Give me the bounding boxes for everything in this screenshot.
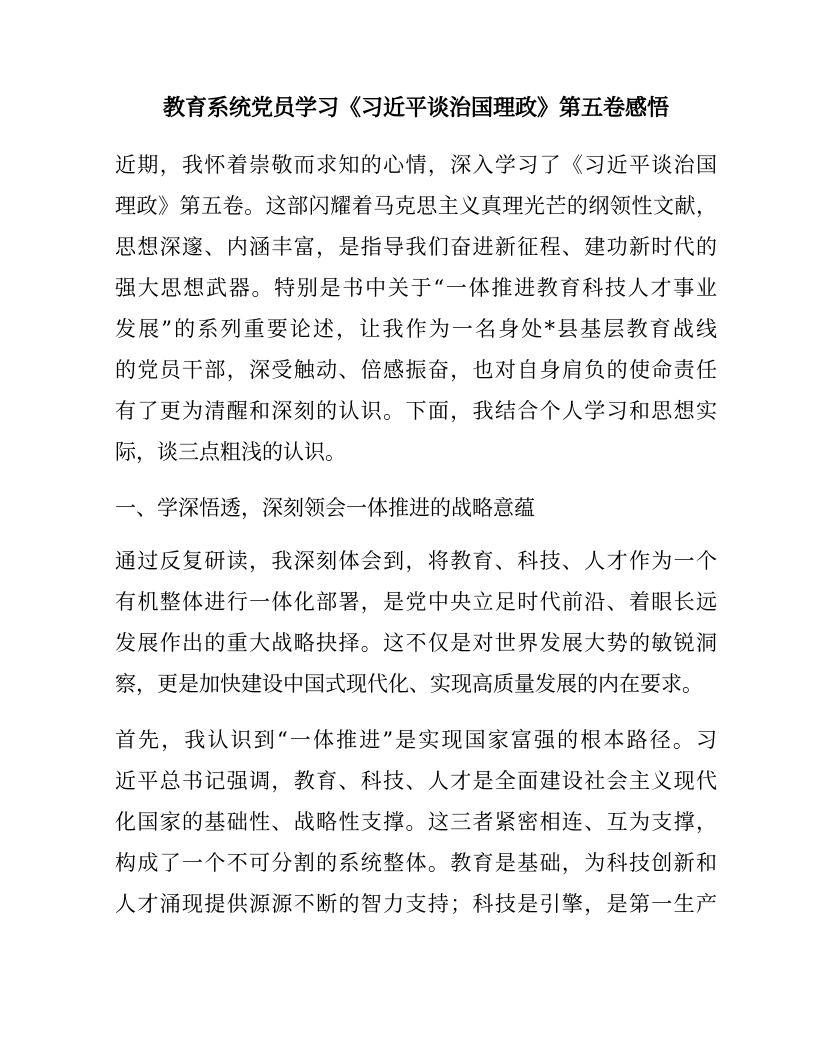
text-line: 察，更是加快建设中国式现代化、实现高质量发展的内在要求。 bbox=[115, 664, 717, 705]
text-line: 通过反复研读，我深刻体会到，将教育、科技、人才作为一个 bbox=[115, 541, 717, 582]
text-line: 人才涌现提供源源不断的智力支持；科技是引擎，是第一生产 bbox=[115, 884, 717, 925]
text-line: 发展作出的重大战略抉择。这不仅是对世界发展大势的敏锐洞 bbox=[115, 623, 717, 664]
text-line: 化国家的基础性、战略性支撑。这三者紧密相连、互为支撑， bbox=[115, 802, 717, 843]
text-line: 有了更为清醒和深刻的认识。下面，我结合个人学习和思想实 bbox=[115, 391, 717, 432]
paragraph: 近期，我怀着崇敬而求知的心情，深入学习了《习近平谈治国理政》第五卷。这部闪耀着马… bbox=[115, 145, 717, 473]
text-line: 强大思想武器。特别是书中关于“一体推进教育科技人才事业 bbox=[115, 268, 717, 309]
text-line: 首先，我认识到“一体推进”是实现国家富强的根本路径。习 bbox=[115, 720, 717, 761]
text-line: 理政》第五卷。这部闪耀着马克思主义真理光芒的纲领性文献， bbox=[115, 186, 717, 227]
text-line: 有机整体进行一体化部署，是党中央立足时代前沿、着眼长远 bbox=[115, 582, 717, 623]
document-page: 教育系统党员学习《习近平谈治国理政》第五卷感悟 近期，我怀着崇敬而求知的心情，深… bbox=[0, 0, 816, 1056]
document-body: 近期，我怀着崇敬而求知的心情，深入学习了《习近平谈治国理政》第五卷。这部闪耀着马… bbox=[115, 145, 717, 925]
text-line: 发展”的系列重要论述，让我作为一名身处*县基层教育战线 bbox=[115, 309, 717, 350]
text-line: 思想深邃、内涵丰富，是指导我们奋进新征程、建功新时代的 bbox=[115, 227, 717, 268]
text-line: 构成了一个不可分割的系统整体。教育是基础，为科技创新和 bbox=[115, 843, 717, 884]
text-line: 际，谈三点粗浅的认识。 bbox=[115, 432, 717, 473]
text-line: 的党员干部，深受触动、倍感振奋，也对自身肩负的使命责任 bbox=[115, 350, 717, 391]
document-title: 教育系统党员学习《习近平谈治国理政》第五卷感悟 bbox=[115, 93, 717, 124]
text-line: 近平总书记强调，教育、科技、人才是全面建设社会主义现代 bbox=[115, 761, 717, 802]
section-heading: 一、学深悟透，深刻领会一体推进的战略意蕴 bbox=[115, 488, 717, 529]
text-line: 近期，我怀着崇敬而求知的心情，深入学习了《习近平谈治国 bbox=[115, 145, 717, 186]
paragraph: 首先，我认识到“一体推进”是实现国家富强的根本路径。习近平总书记强调，教育、科技… bbox=[115, 720, 717, 925]
paragraph: 通过反复研读，我深刻体会到，将教育、科技、人才作为一个有机整体进行一体化部署，是… bbox=[115, 541, 717, 705]
text-line: 一、学深悟透，深刻领会一体推进的战略意蕴 bbox=[115, 488, 717, 529]
